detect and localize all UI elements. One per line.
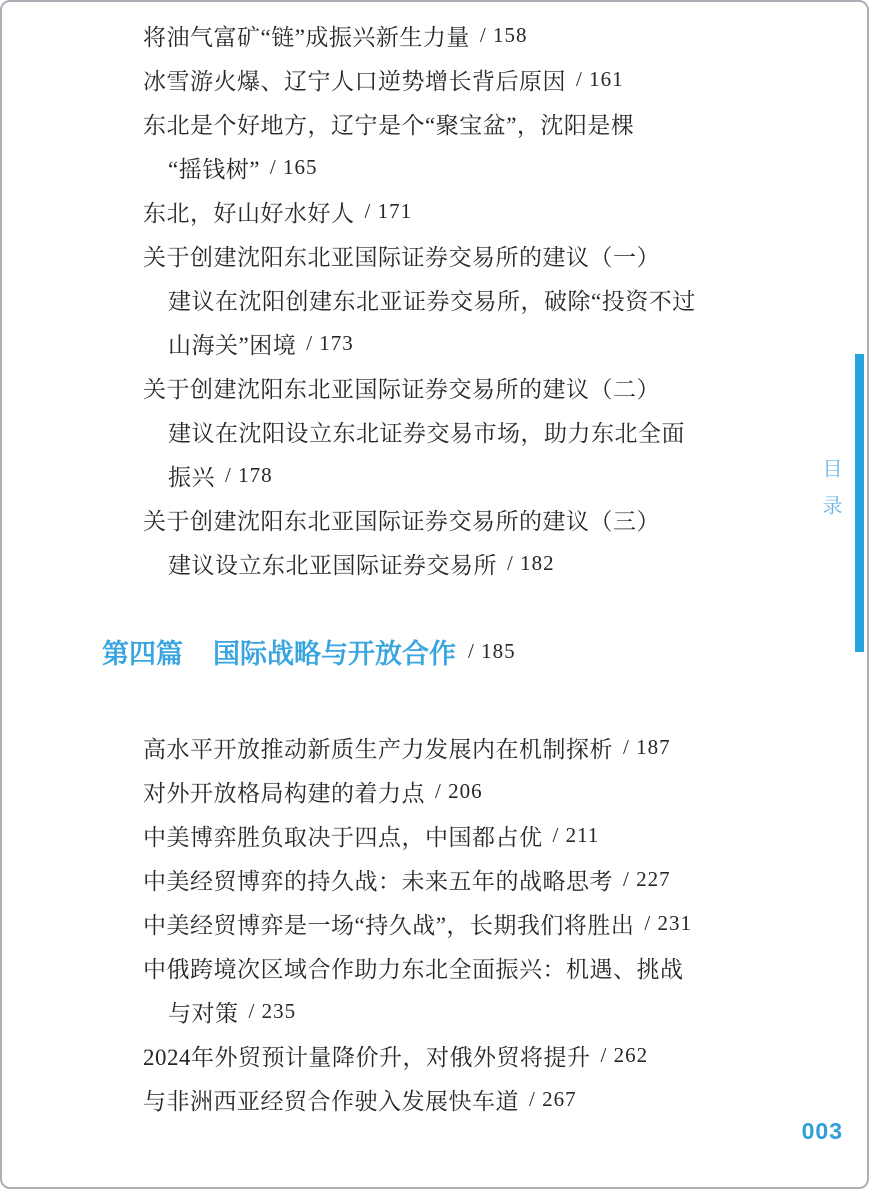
toc-entry: 高水平开放推动新质生产力发展内在机制探析 / 187 [102,725,821,769]
section-title: 国际战略与开放合作 [213,632,456,671]
toc-entry-page: / 178 [225,463,273,488]
toc-entry-title: 高水平开放推动新质生产力发展内在机制探析 [143,731,613,764]
toc-entry-title: 中美经贸博弈是一场“持久战”，长期我们将胜出 [143,907,634,940]
toc-entry: 东北是个好地方，辽宁是个“聚宝盆”，沈阳是棵 [102,101,821,145]
toc-entry-title: 对外开放格局构建的着力点 [143,775,425,808]
toc-entry: 关于创建沈阳东北亚国际证券交易所的建议（三） [102,497,821,541]
toc-entry-title: 东北，好山好水好人 [143,195,355,228]
toc-entry-page: / 231 [644,911,692,936]
toc-entry-title: 建议设立东北亚国际证券交易所 [168,547,497,580]
toc-content: 将油气富矿“链”成振兴新生力量 / 158 冰雪游火爆、辽宁人口逆势增长背后原因… [102,13,821,1121]
toc-entry-title: “摇钱树” [168,151,260,184]
section-page: / 185 [468,639,516,664]
toc-entry: 与非洲西亚经贸合作驶入发展快车道 / 267 [102,1077,821,1121]
toc-entry: 建议在沈阳创建东北亚证券交易所，破除“投资不过 [102,277,821,321]
toc-part4-list: 高水平开放推动新质生产力发展内在机制探析 / 187 对外开放格局构建的着力点 … [102,725,821,1121]
toc-entry-title: 建议在沈阳设立东北证券交易市场，助力东北全面 [168,415,685,448]
toc-entry: “摇钱树” / 165 [102,145,821,189]
toc-entry: 冰雪游火爆、辽宁人口逆势增长背后原因 / 161 [102,57,821,101]
toc-entry-title: 冰雪游火爆、辽宁人口逆势增长背后原因 [143,63,566,96]
toc-entry-page: / 227 [623,867,671,892]
toc-entry-page: / 173 [306,331,354,356]
toc-entry: 中俄跨境次区域合作助力东北全面振兴：机遇、挑战 [102,945,821,989]
toc-entry: 关于创建沈阳东北亚国际证券交易所的建议（二） [102,365,821,409]
toc-entry: 建议在沈阳设立东北证券交易市场，助力东北全面 [102,409,821,453]
toc-entry-title: 山海关”困境 [168,327,296,360]
toc-entry-title: 与非洲西亚经贸合作驶入发展快车道 [143,1083,519,1116]
toc-entry-title: 建议在沈阳创建东北亚证券交易所，破除“投资不过 [168,283,696,316]
toc-entry: 对外开放格局构建的着力点 / 206 [102,769,821,813]
toc-entry-title: 东北是个好地方，辽宁是个“聚宝盆”，沈阳是棵 [143,107,634,140]
toc-entry: 建议设立东北亚国际证券交易所 / 182 [102,541,821,585]
toc-entry-title: 振兴 [168,459,215,492]
toc-part3-list: 将油气富矿“链”成振兴新生力量 / 158 冰雪游火爆、辽宁人口逆势增长背后原因… [102,13,821,585]
sidebar-toc-label: 目录 [816,458,845,532]
toc-entry: 中美经贸博弈是一场“持久战”，长期我们将胜出 / 231 [102,901,821,945]
sidebar-accent-bar [855,354,864,652]
toc-entry-page: / 211 [553,823,600,848]
toc-entry-title: 关于创建沈阳东北亚国际证券交易所的建议（三） [143,503,660,536]
toc-entry-page: / 262 [601,1043,649,1068]
toc-entry-title: 将油气富矿“链”成振兴新生力量 [143,19,470,52]
toc-entry-page: / 206 [435,779,483,804]
toc-entry-page: / 165 [270,155,318,180]
toc-page: 将油气富矿“链”成振兴新生力量 / 158 冰雪游火爆、辽宁人口逆势增长背后原因… [0,0,869,1189]
page-number: 003 [802,1118,843,1145]
toc-entry: 振兴 / 178 [102,453,821,497]
toc-entry-page: / 235 [249,999,297,1024]
toc-entry: 中美博弈胜负取决于四点，中国都占优 / 211 [102,813,821,857]
toc-entry-page: / 182 [507,551,555,576]
toc-entry-page: / 158 [480,23,528,48]
toc-entry-title: 中美经贸博弈的持久战：未来五年的战略思考 [143,863,613,896]
toc-entry-title: 中俄跨境次区域合作助力东北全面振兴：机遇、挑战 [143,951,684,984]
toc-entry-title: 中美博弈胜负取决于四点，中国都占优 [143,819,543,852]
toc-entry-page: / 267 [529,1087,577,1112]
toc-entry-title: 2024年外贸预计量降价升，对俄外贸将提升 [143,1039,591,1072]
toc-entry: 东北，好山好水好人 / 171 [102,189,821,233]
toc-entry-page: / 171 [365,199,413,224]
toc-entry: 2024年外贸预计量降价升，对俄外贸将提升 / 262 [102,1033,821,1077]
toc-entry-page: / 187 [623,735,671,760]
toc-entry-title: 关于创建沈阳东北亚国际证券交易所的建议（二） [143,371,660,404]
toc-entry: 与对策 / 235 [102,989,821,1033]
toc-entry-title: 关于创建沈阳东北亚国际证券交易所的建议（一） [143,239,660,272]
toc-entry-page: / 161 [576,67,624,92]
toc-entry: 中美经贸博弈的持久战：未来五年的战略思考 / 227 [102,857,821,901]
section-heading: 第四篇 国际战略与开放合作 / 185 [102,629,821,673]
toc-entry: 山海关”困境 / 173 [102,321,821,365]
section-part-label: 第四篇 [102,632,183,671]
toc-entry: 关于创建沈阳东北亚国际证券交易所的建议（一） [102,233,821,277]
toc-entry-title: 与对策 [168,995,239,1028]
toc-entry: 将油气富矿“链”成振兴新生力量 / 158 [102,13,821,57]
